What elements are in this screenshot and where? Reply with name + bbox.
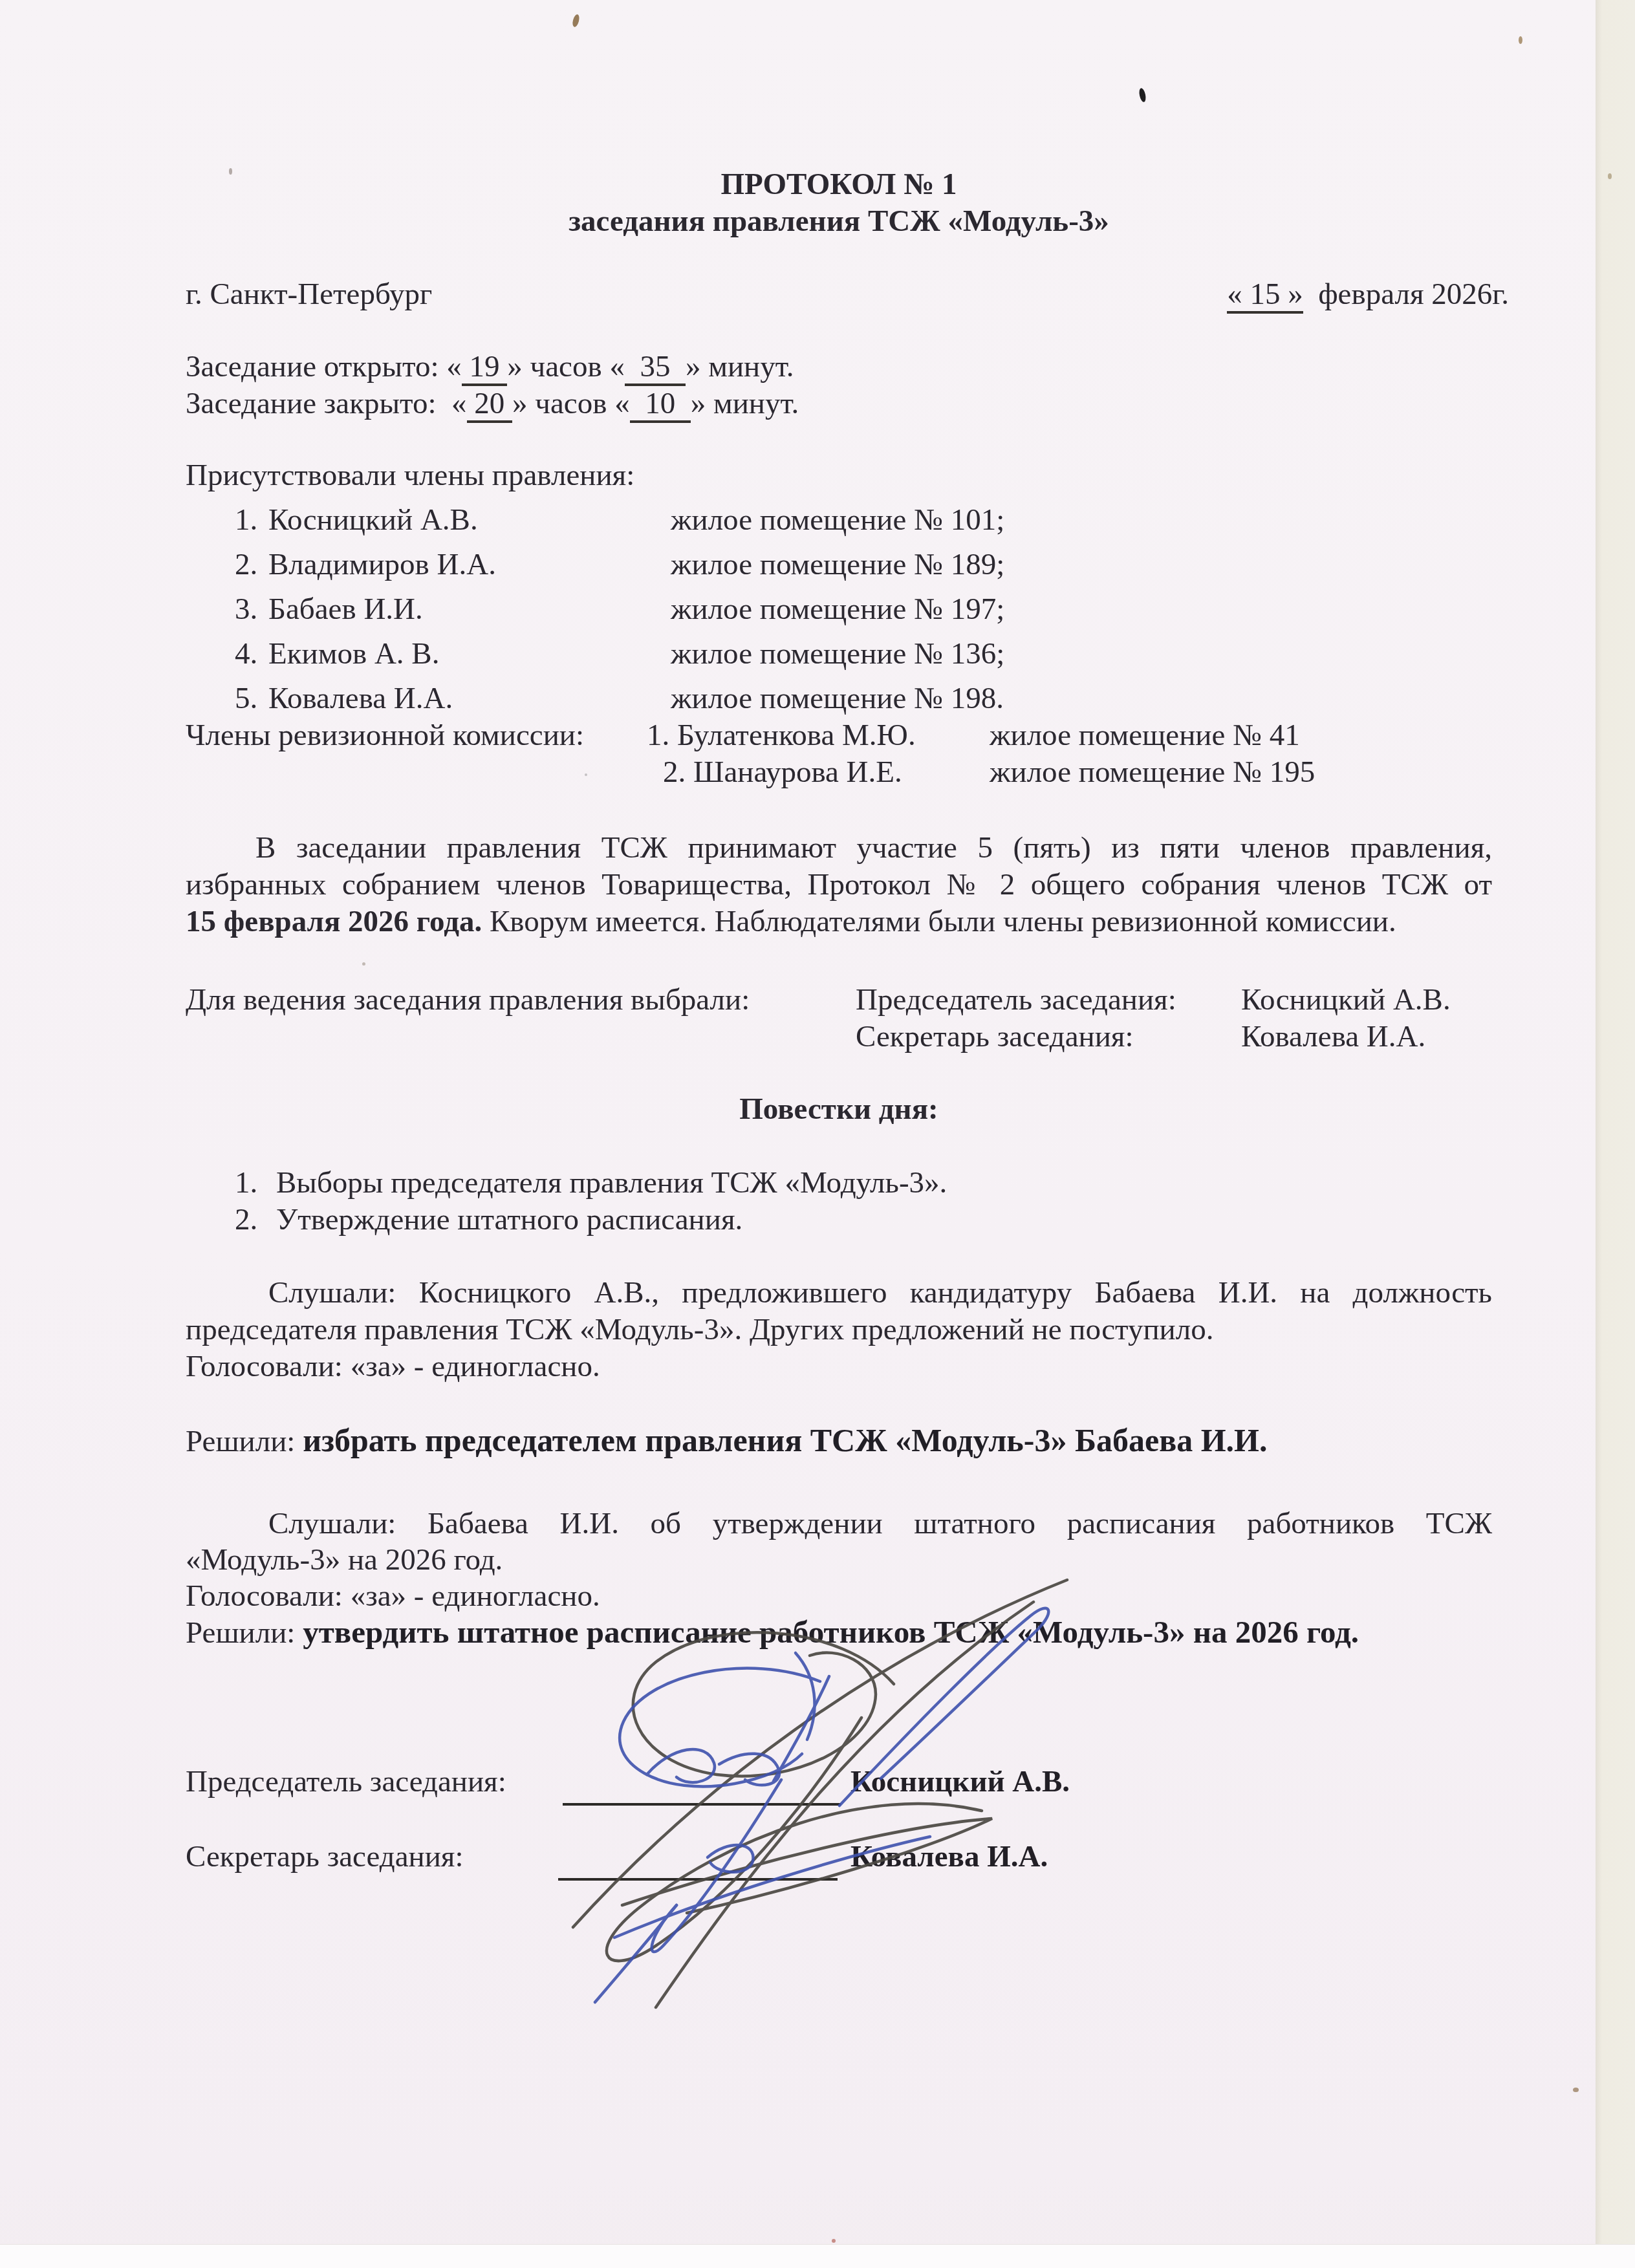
agenda-item: 1. Выборы председателя правления ТСЖ «Мо… <box>186 1165 1492 1202</box>
election-row: Секретарь заседания: Ковалева И.А. <box>186 1019 1544 1055</box>
opened-post: » минут. <box>686 350 794 383</box>
attendee-number: 2. <box>235 543 257 587</box>
secretary-signature-label: Секретарь заседания: <box>186 1839 464 1874</box>
title-line-2: заседания правления ТСЖ «Модуль-3» <box>186 203 1492 240</box>
attendee-number: 5. <box>235 676 257 721</box>
election-lead-label: Для ведения заседания правления выбрали: <box>186 982 750 1019</box>
attendee-unit: жилое помещение № 197; <box>671 587 1004 632</box>
revision-commission: Члены ревизионной комиссии: 1. Булатенко… <box>186 717 1492 791</box>
secretary-signature-row: Секретарь заседания: Ковалева И.А. <box>186 1839 1544 1885</box>
date-day-blank: « 15 » <box>1227 277 1303 314</box>
document-title: ПРОТОКОЛ № 1 заседания правления ТСЖ «Мо… <box>186 166 1492 240</box>
paper-speck <box>1608 173 1612 179</box>
revision-row: Члены ревизионной комиссии: 1. Булатенко… <box>186 717 1492 754</box>
attendee-number: 1. <box>235 498 257 543</box>
election-row: Для ведения заседания правления выбрали:… <box>186 982 1544 1019</box>
agenda-item-text: Утверждение штатного расписания. <box>276 1202 742 1238</box>
item2-paragraph: Слушали: Бабаева И.И. об утверждении шта… <box>186 1506 1492 1651</box>
attendees-heading: Присутствовали члены правления: <box>186 457 634 494</box>
item1-heard-line: Слушали: Косницкого А.В., предложившего … <box>186 1275 1492 1312</box>
scan-bottom-strip <box>0 2244 1635 2268</box>
item1-voted-line: Голосовали: «за» - единогласно. <box>186 1348 1492 1385</box>
revision-heading: Члены ревизионной комиссии: <box>186 717 584 754</box>
item1-paragraph: Слушали: Косницкого А.В., предложившего … <box>186 1275 1492 1385</box>
paper-speck <box>1573 2088 1579 2092</box>
session-opened-line: Заседание открыто: « 19 » часов « 35 » м… <box>186 349 1492 385</box>
attendee-name: Владимиров И.А. <box>268 543 496 587</box>
election-chair-name: Косницкий А.В. <box>1241 982 1451 1019</box>
chair-signature-label: Председатель заседания: <box>186 1764 506 1799</box>
item1-resolution: Решили: избрать председателем правления … <box>186 1420 1544 1462</box>
scanned-protocol-page: ПРОТОКОЛ № 1 заседания правления ТСЖ «Мо… <box>0 0 1635 2268</box>
chair-signature-row: Председатель заседания: Косницкий А.В. <box>186 1764 1544 1809</box>
scan-edge-strip <box>1596 0 1635 2245</box>
closed-minutes-blank: 10 <box>630 387 691 423</box>
session-times: Заседание открыто: « 19 » часов « 35 » м… <box>186 349 1492 422</box>
revision-unit: жилое помещение № 195 <box>990 754 1315 791</box>
revision-unit: жилое помещение № 41 <box>990 717 1300 754</box>
attendee-name: Бабаев И.И. <box>268 587 423 632</box>
election-secretary-name: Ковалева И.А. <box>1241 1019 1425 1055</box>
paper-speck <box>1138 87 1147 102</box>
date-group: « 15 » февраля 2026г. <box>1227 276 1509 313</box>
resolved-label: Решили: <box>186 1616 303 1650</box>
resolved-text: избрать председателем правления ТСЖ «Мод… <box>303 1422 1267 1458</box>
agenda-item-text: Выборы председателя правления ТСЖ «Модул… <box>276 1165 947 1202</box>
chair-signature-name: Косницкий А.В. <box>850 1764 1070 1799</box>
closed-label: Заседание закрыто: « <box>186 387 467 420</box>
paper-speck <box>832 2239 836 2243</box>
item2-voted-line: Голосовали: «за» - единогласно. <box>186 1578 1492 1614</box>
quorum-line: В заседании правления ТСЖ принимают учас… <box>186 830 1492 867</box>
attendee-row: 1. Косницкий А.В. жилое помещение № 101; <box>186 498 1492 543</box>
city-date-row: г. Санкт-Петербург « 15 » февраля 2026г. <box>186 276 1509 313</box>
attendee-name: Косницкий А.В. <box>268 498 478 543</box>
secretary-signature-name: Ковалева И.А. <box>850 1839 1048 1874</box>
item1-heard-line: председателя правления ТСЖ «Модуль-3». Д… <box>186 1312 1492 1348</box>
attendee-number: 3. <box>235 587 257 632</box>
election-block: Для ведения заседания правления выбрали:… <box>186 982 1544 1055</box>
attendees-list: 1. Косницкий А.В. жилое помещение № 101;… <box>186 498 1492 721</box>
attendee-unit: жилое помещение № 189; <box>671 543 1004 587</box>
quorum-date-bold: 15 февраля 2026 года. <box>186 905 482 938</box>
revision-member: 1. Булатенкова М.Ю. <box>647 717 916 754</box>
opened-label: Заседание открыто: « <box>186 350 462 383</box>
attendee-name: Ковалева И.А. <box>268 676 453 721</box>
attendee-row: 2. Владимиров И.А. жилое помещение № 189… <box>186 543 1492 587</box>
agenda-list: 1. Выборы председателя правления ТСЖ «Мо… <box>186 1165 1492 1238</box>
opened-hours-blank: 19 <box>462 350 508 386</box>
item2-heard-line: «Модуль-3» на 2026 год. <box>186 1542 1492 1578</box>
session-closed-line: Заседание закрыто: « 20 » часов « 10 » м… <box>186 385 1492 422</box>
quorum-line: избранных собранием членов Товарищества,… <box>186 867 1492 903</box>
paper-speck <box>572 14 581 28</box>
election-chair-label: Председатель заседания: <box>856 982 1176 1019</box>
closed-post: » минут. <box>691 387 799 420</box>
quorum-line: 15 февраля 2026 года. Кворум имеется. На… <box>186 903 1492 940</box>
closed-hours-blank: 20 <box>467 387 513 423</box>
revision-member: 2. Шанаурова И.Е. <box>663 754 902 791</box>
opened-mid: » часов « <box>507 350 625 383</box>
agenda-item-number: 2. <box>235 1202 257 1238</box>
date-rest: февраля 2026г. <box>1303 277 1509 311</box>
quorum-line-rest: Кворум имеется. Наблюдателями были члены… <box>482 905 1396 938</box>
resolved-text: утвердить штатное расписание работников … <box>303 1614 1359 1650</box>
attendee-row: 4. Екимов А. В. жилое помещение № 136; <box>186 632 1492 676</box>
agenda-item: 2. Утверждение штатного расписания. <box>186 1202 1492 1238</box>
attendee-row: 3. Бабаев И.И. жилое помещение № 197; <box>186 587 1492 632</box>
election-secretary-label: Секретарь заседания: <box>856 1019 1134 1055</box>
agenda-heading: Повестки дня: <box>186 1091 1492 1128</box>
secretary-signature-line <box>558 1878 838 1881</box>
quorum-paragraph: В заседании правления ТСЖ принимают учас… <box>186 830 1492 940</box>
chair-signature-line <box>563 1803 841 1806</box>
attendee-name: Екимов А. В. <box>268 632 439 676</box>
closed-mid: » часов « <box>512 387 630 420</box>
revision-row: 2. Шанаурова И.Е. жилое помещение № 195 <box>186 754 1492 791</box>
signature-ink <box>0 0 1635 2268</box>
attendee-unit: жилое помещение № 101; <box>671 498 1004 543</box>
paper-speck <box>1519 36 1522 44</box>
item2-heard-line: Слушали: Бабаева И.И. об утверждении шта… <box>186 1506 1492 1542</box>
resolved-label: Решили: <box>186 1425 303 1458</box>
paper-speck <box>362 962 365 966</box>
attendee-unit: жилое помещение № 136; <box>671 632 1004 676</box>
attendee-number: 4. <box>235 632 257 676</box>
title-line-1: ПРОТОКОЛ № 1 <box>186 166 1492 203</box>
attendee-row: 5. Ковалева И.А. жилое помещение № 198. <box>186 676 1492 721</box>
opened-minutes-blank: 35 <box>625 350 686 386</box>
city-label: г. Санкт-Петербург <box>186 276 432 313</box>
attendee-unit: жилое помещение № 198. <box>671 676 1004 721</box>
agenda-item-number: 1. <box>235 1165 257 1202</box>
item2-resolution: Решили: утвердить штатное расписание раб… <box>186 1614 1492 1651</box>
